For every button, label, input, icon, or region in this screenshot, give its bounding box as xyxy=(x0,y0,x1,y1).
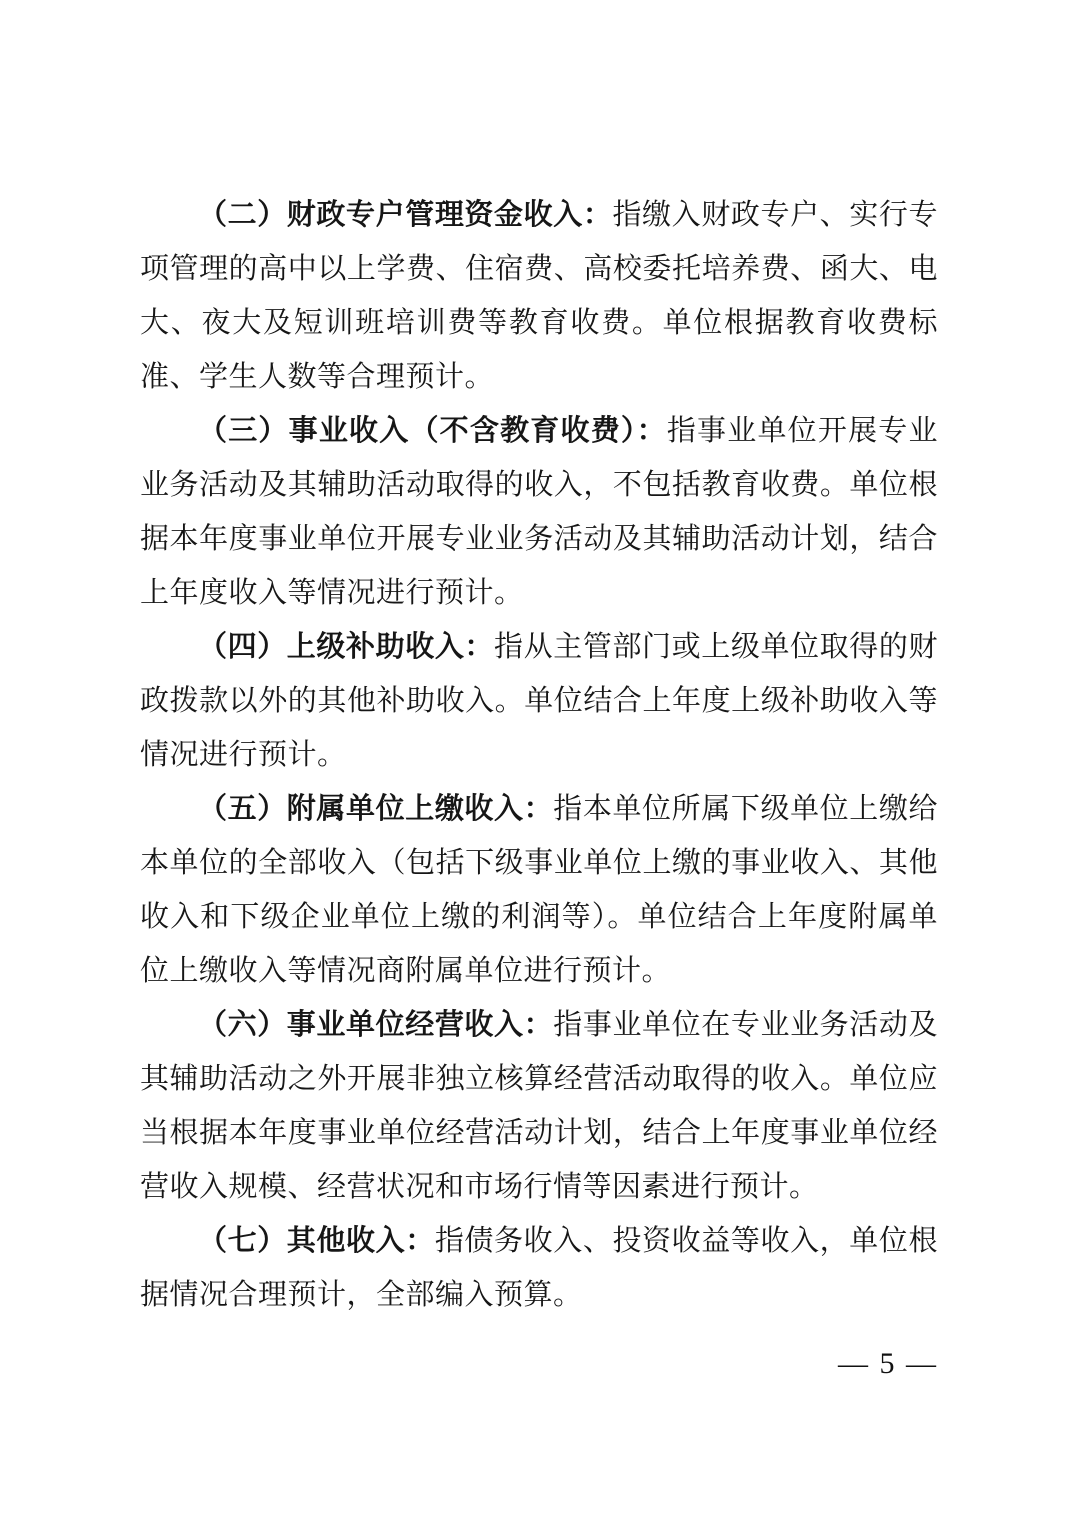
paragraph-item-5: （五）附属单位上缴收入：指本单位所属下级单位上缴给本单位的全部收入（包括下级事业… xyxy=(140,782,938,998)
paragraph-heading: （四）上级补助收入： xyxy=(198,631,494,663)
paragraph-item-2: （二）财政专户管理资金收入：指缴入财政专户、实行专项管理的高中以上学费、住宿费、… xyxy=(140,188,938,404)
paragraph-heading: （五）附属单位上缴收入： xyxy=(198,793,553,825)
paragraph-item-3: （三）事业收入（不含教育收费）：指事业单位开展专业业务活动及其辅助活动取得的收入… xyxy=(140,404,938,620)
paragraph-heading: （二）财政专户管理资金收入： xyxy=(198,199,612,231)
paragraph-item-6: （六）事业单位经营收入：指事业单位在专业业务活动及其辅助活动之外开展非独立核算经… xyxy=(140,998,938,1214)
paragraph-heading: （六）事业单位经营收入： xyxy=(198,1009,553,1041)
paragraph-item-4: （四）上级补助收入：指从主管部门或上级单位取得的财政拨款以外的其他补助收入。单位… xyxy=(140,620,938,782)
paragraph-heading: （七）其他收入： xyxy=(198,1225,435,1257)
paragraph-heading: （三）事业收入（不含教育收费）： xyxy=(198,415,667,447)
document-page: （二）财政专户管理资金收入：指缴入财政专户、实行专项管理的高中以上学费、住宿费、… xyxy=(0,0,1074,1520)
paragraph-item-7: （七）其他收入：指债务收入、投资收益等收入，单位根据情况合理预计，全部编入预算。 xyxy=(140,1214,938,1322)
document-body: （二）财政专户管理资金收入：指缴入财政专户、实行专项管理的高中以上学费、住宿费、… xyxy=(140,188,938,1322)
page-number: — 5 — xyxy=(838,1344,938,1384)
